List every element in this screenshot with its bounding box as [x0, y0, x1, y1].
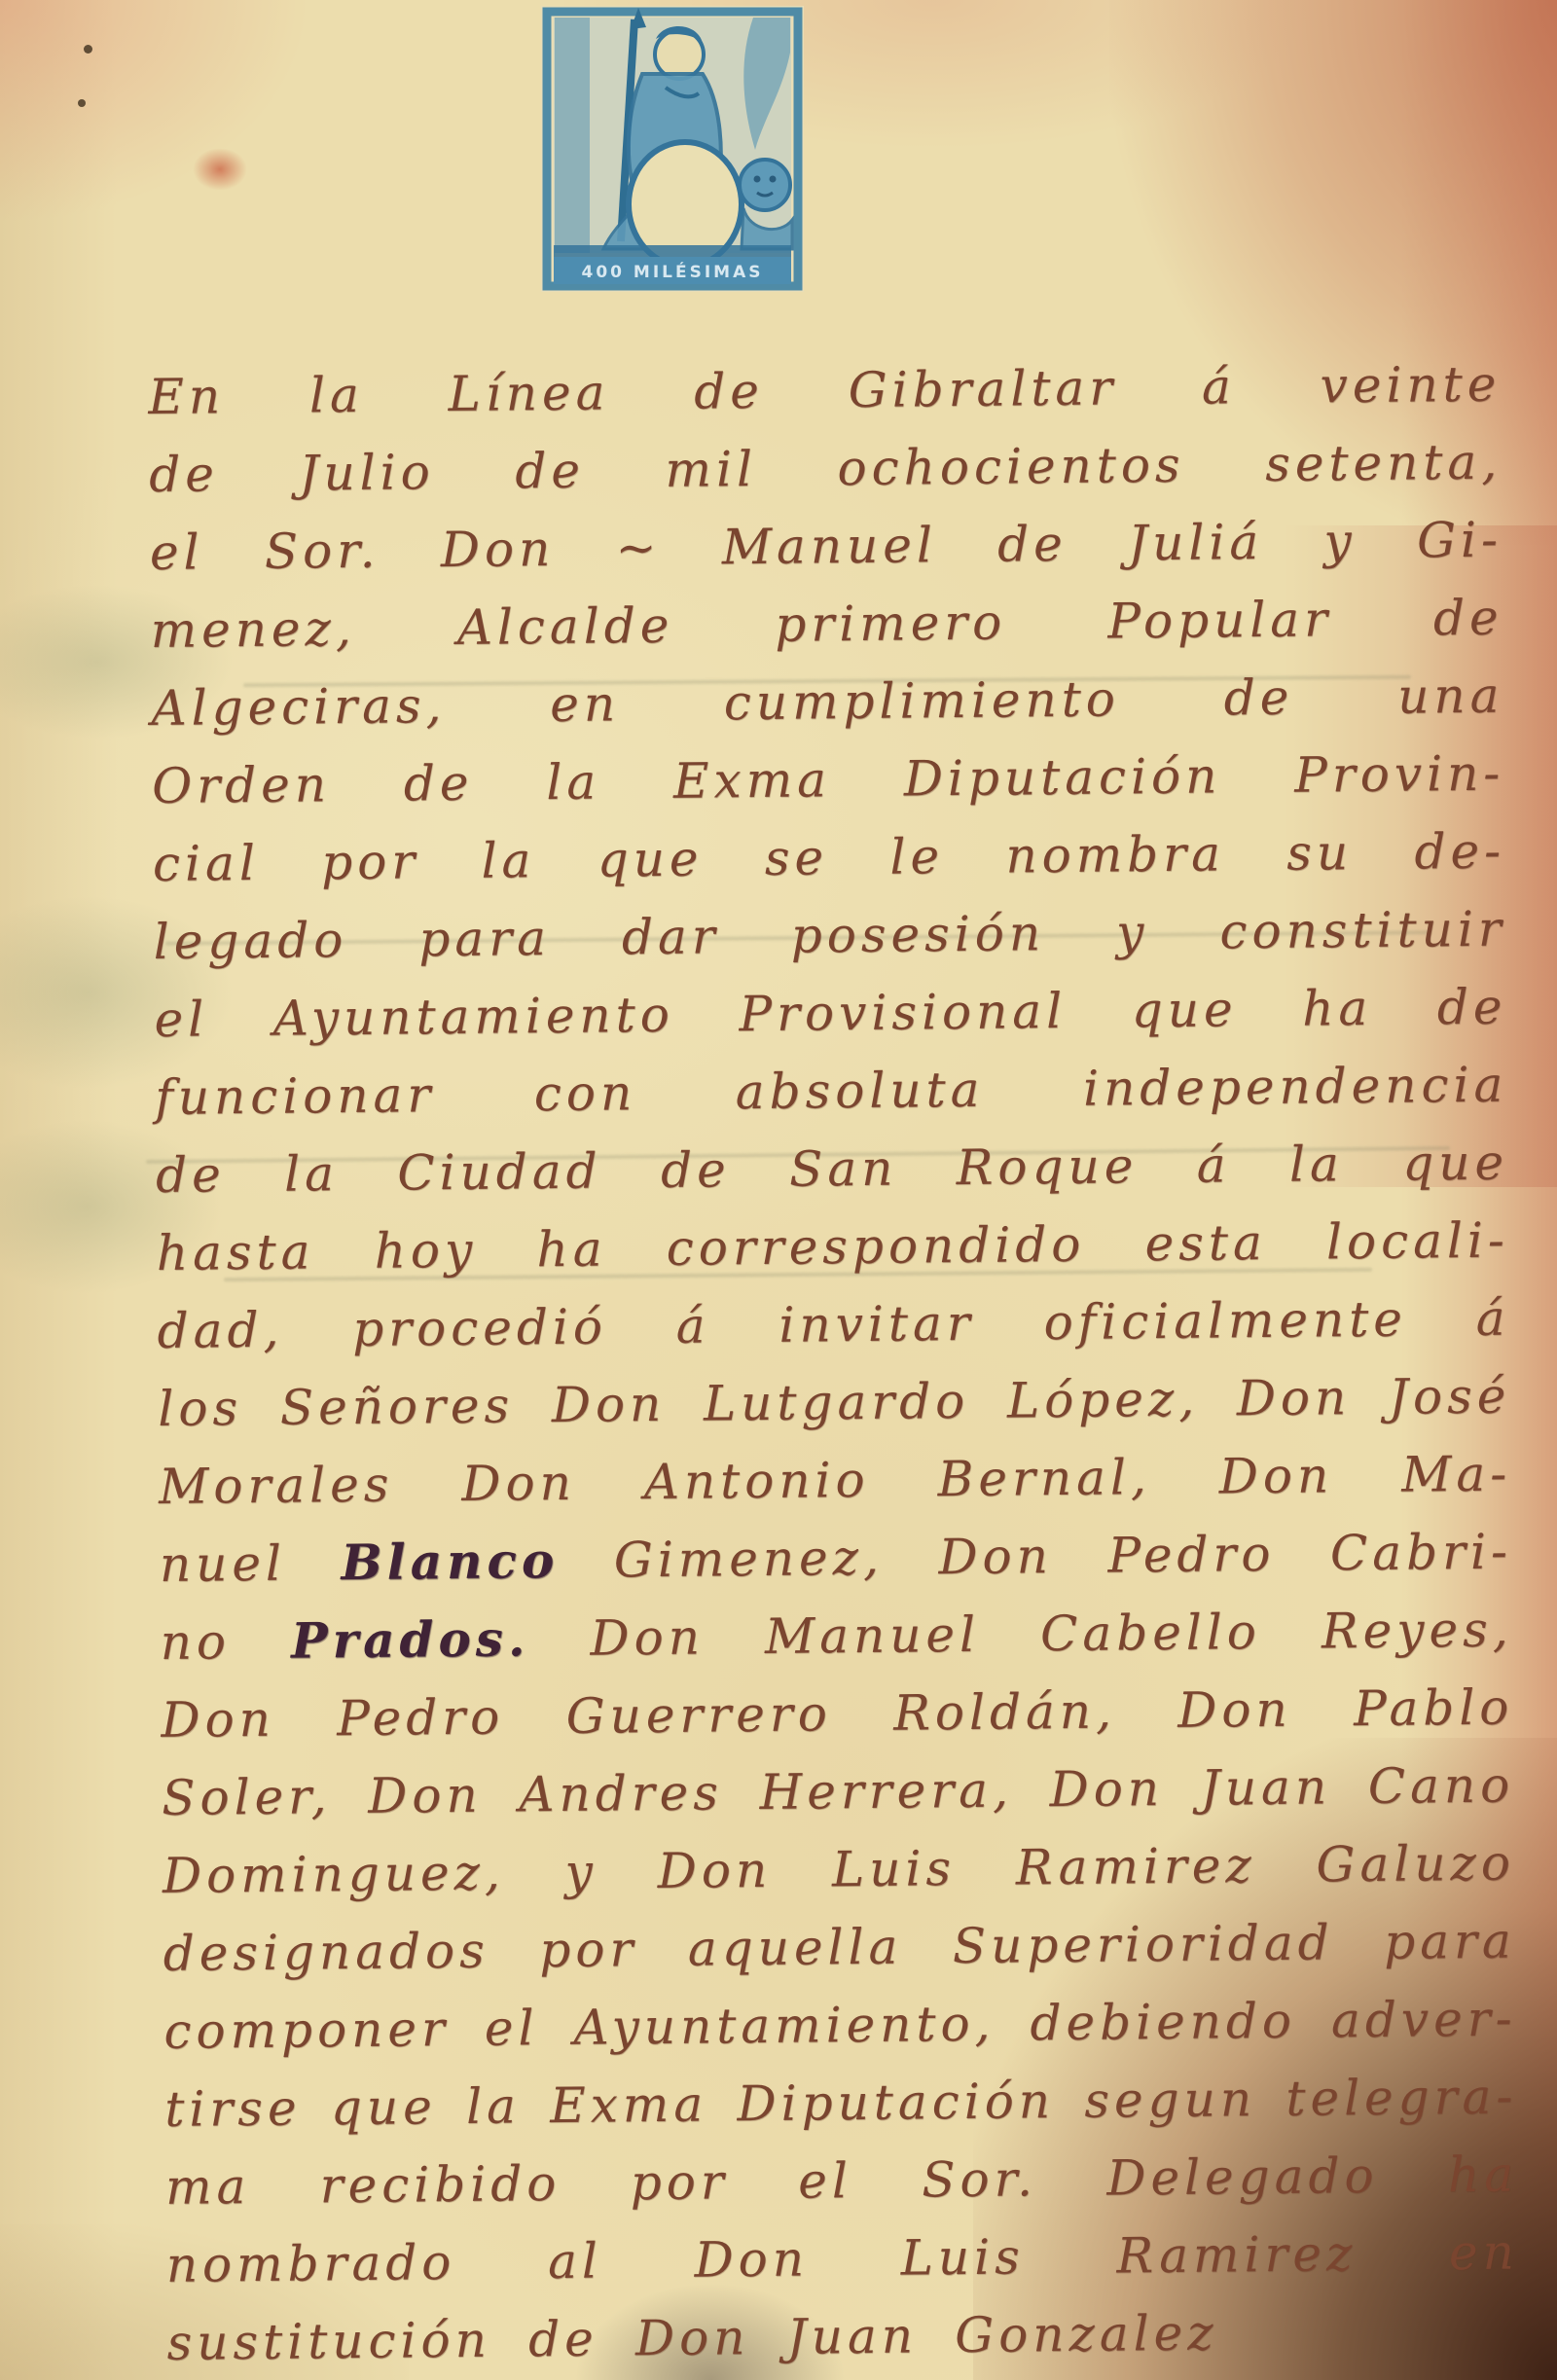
manuscript-text-segment: ma recibido por el Sor. Delegado ha [165, 2146, 1518, 2216]
manuscript-text-segment: sustitución de Don Juan Gonzalez [166, 2305, 1218, 2371]
manuscript-text-segment: menez, Alcalde primero Popular de [150, 590, 1503, 659]
stamp-denomination: 400 MILÉSIMAS [582, 261, 764, 282]
manuscript-line: de la Ciudad de San Roque á la que [156, 1124, 1509, 1214]
manuscript-text-segment: los Señores Don Lutgardo López, Don José [158, 1368, 1510, 1437]
manuscript-line: menez, Alcalde primero Popular de [150, 579, 1503, 669]
paper-ink-dot [84, 45, 92, 54]
manuscript-text-segment: de Julio de mil ochocientos setenta, [149, 434, 1502, 503]
manuscript-line: el Sor. Don ~ Manuel de Juliá y Gi- [150, 501, 1503, 592]
manuscript-line: tirse que la Exma Diputación segun teleg… [164, 2058, 1518, 2148]
manuscript-line: En la Línea de Gibraltar á veinte [148, 345, 1502, 436]
manuscript-text-segment: el Ayuntamiento Provisional que ha de [154, 979, 1506, 1048]
manuscript-line: dad, procedió á invitar oficialmente á [157, 1280, 1510, 1370]
manuscript-line: Soler, Don Andres Herrera, Don Juan Cano [162, 1747, 1515, 1837]
manuscript-line: designados por aquella Superioridad para [163, 1902, 1516, 1993]
hispania-stamp-graphic: 400 MILÉSIMAS [537, 4, 808, 294]
manuscript-text-segment: designados por aquella Superioridad para [163, 1913, 1515, 1982]
manuscript-line: legado para dar posesión y constituir [153, 890, 1506, 981]
manuscript-line: no Prados. Don Manuel Cabello Reyes, [160, 1591, 1513, 1681]
manuscript-word-dark-ink: Blanco [341, 1532, 559, 1591]
manuscript-line: ma recibido por el Sor. Delegado ha [165, 2136, 1519, 2226]
manuscript-text-segment: tirse que la Exma Diputación segun teleg… [164, 2069, 1517, 2138]
manuscript-text-segment: Morales Don Antonio Bernal, Don Ma- [159, 1446, 1511, 1515]
manuscript-text-segment: Don Pedro Guerrero Roldán, Don Pablo [161, 1679, 1513, 1749]
manuscript-line: Dominguez, y Don Luis Ramirez Galuzo [163, 1824, 1516, 1915]
manuscript-text-segment: no [160, 1613, 291, 1671]
manuscript-text-segment: En la Línea de Gibraltar á veinte [148, 356, 1501, 425]
manuscript-text-segment: legado para dar posesión y constituir [153, 901, 1505, 970]
manuscript-line: Algeciras, en cumplimiento de una [151, 657, 1504, 747]
manuscript-line: Don Pedro Guerrero Roldán, Don Pablo [161, 1669, 1514, 1759]
manuscript-line: nuel Blanco Gimenez, Don Pedro Cabri- [160, 1513, 1513, 1604]
manuscript-text-segment: funcionar con absoluta independencia [155, 1057, 1507, 1126]
manuscript-line: Orden de la Exma Diputación Provin- [152, 735, 1505, 825]
paper-red-spot [193, 148, 247, 191]
manuscript-text-segment: dad, procedió á invitar oficialmente á [157, 1290, 1509, 1359]
paper-left-vignette [0, 0, 117, 2380]
manuscript-text-segment: Dominguez, y Don Luis Ramirez Galuzo [163, 1835, 1515, 1904]
manuscript-line: funcionar con absoluta independencia [155, 1046, 1508, 1136]
manuscript-line: nombrado al Don Luis Ramirez en [165, 2214, 1519, 2304]
revenue-stamp: 400 MILÉSIMAS [537, 4, 808, 294]
manuscript-text-segment: Soler, Don Andres Herrera, Don Juan Cano [162, 1757, 1514, 1826]
manuscript-word-dark-ink: Prados. [291, 1609, 530, 1669]
manuscript-line: los Señores Don Lutgardo López, Don José [158, 1357, 1511, 1448]
manuscript-text-segment: hasta hoy ha correspondido esta locali- [157, 1212, 1509, 1281]
manuscript-text-segment: cial por la que se le nombra su de- [153, 823, 1505, 892]
manuscript-line: Morales Don Antonio Bernal, Don Ma- [159, 1435, 1512, 1526]
manuscript-text-segment: Gimenez, Don Pedro Cabri- [559, 1524, 1512, 1589]
manuscript-text-segment: el Sor. Don ~ Manuel de Juliá y Gi- [150, 512, 1503, 581]
paper-ink-dot [78, 99, 86, 107]
manuscript-line: de Julio de mil ochocientos setenta, [149, 423, 1503, 514]
manuscript-text-block: En la Línea de Gibraltar á veintede Juli… [148, 345, 1520, 2380]
manuscript-text-segment: componer el Ayuntamiento, debiendo adver… [163, 1991, 1516, 2060]
manuscript-text-segment: nuel [160, 1534, 342, 1593]
manuscript-text-segment: nombrado al Don Luis Ramirez en [166, 2224, 1519, 2293]
paper-top-left-stain [0, 0, 311, 224]
manuscript-text-segment: Don Manuel Cabello Reyes, [529, 1602, 1513, 1668]
manuscript-line: sustitución de Don Juan Gonzalez [166, 2294, 1218, 2380]
manuscript-line: hasta hoy ha correspondido esta locali- [156, 1202, 1509, 1292]
manuscript-text-segment: Orden de la Exma Diputación Provin- [152, 745, 1504, 814]
manuscript-line: componer el Ayuntamiento, debiendo adver… [163, 1980, 1517, 2071]
manuscript-page: { "stamp": { "denomination": "400 MILÉSI… [0, 0, 1557, 2380]
manuscript-line: el Ayuntamiento Provisional que ha de [154, 968, 1507, 1059]
manuscript-text-segment: de la Ciudad de San Roque á la que [156, 1135, 1508, 1204]
manuscript-text-segment: Algeciras, en cumplimiento de una [151, 667, 1503, 737]
manuscript-line: cial por la que se le nombra su de- [153, 812, 1506, 903]
